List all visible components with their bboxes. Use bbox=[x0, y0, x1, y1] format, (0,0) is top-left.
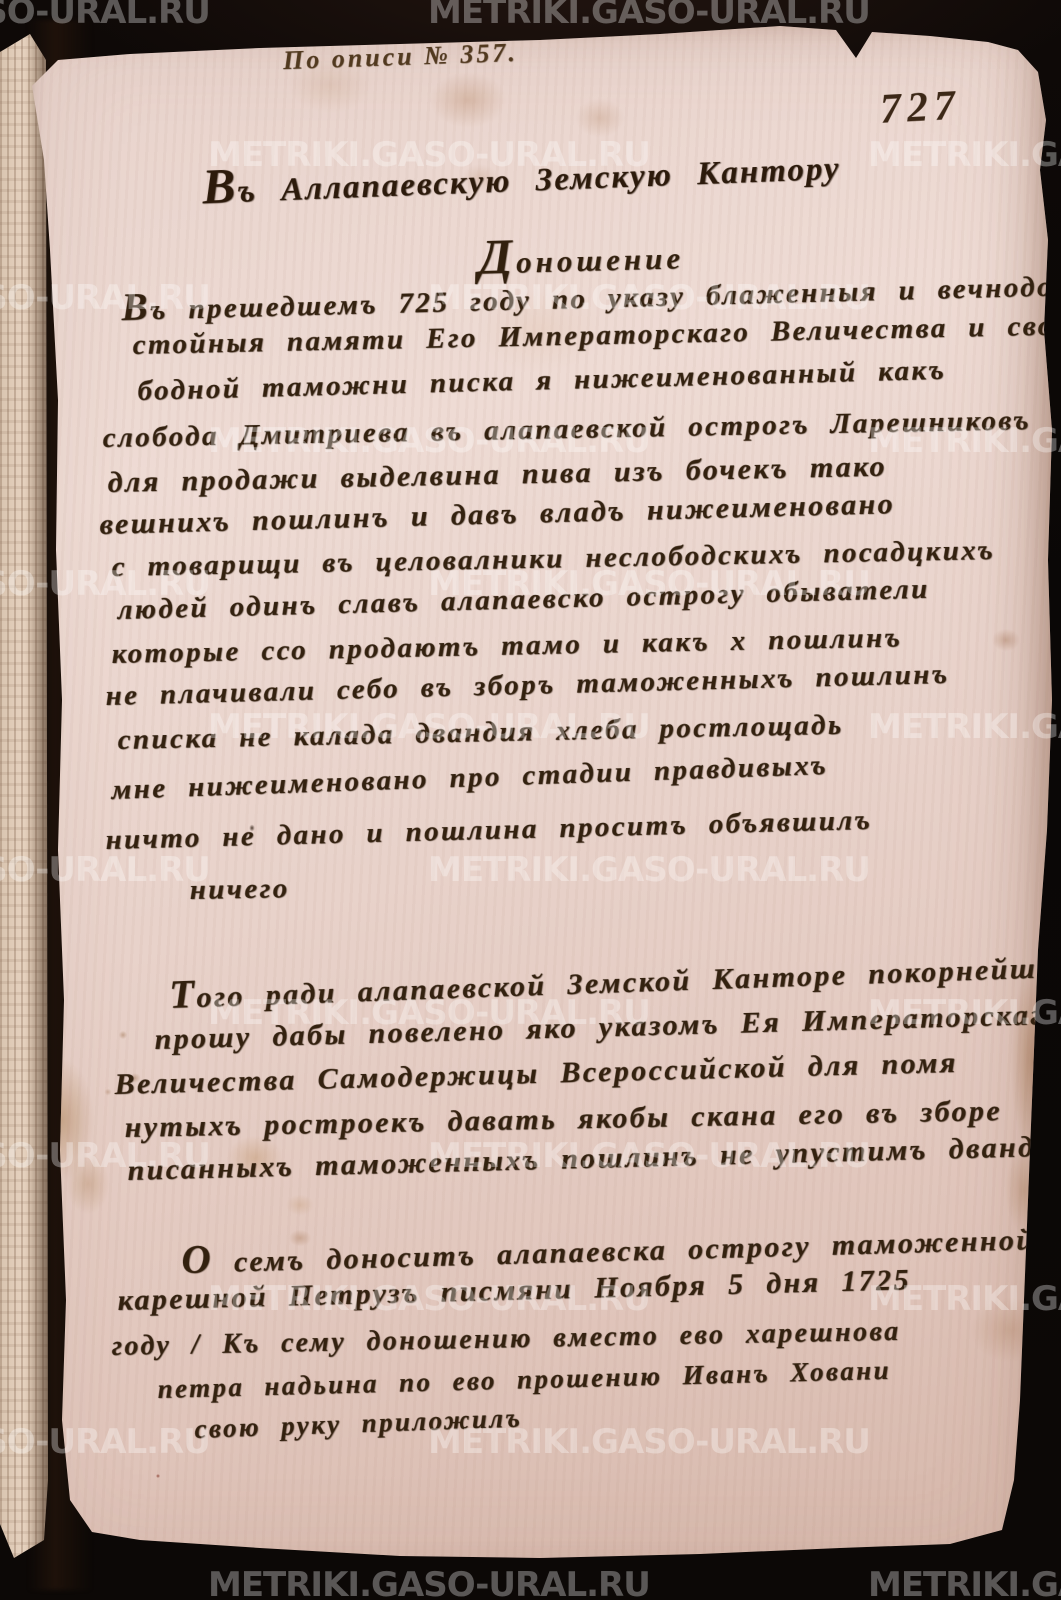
handwriting-line: слобода Дмитриева въ алапаевской острогъ… bbox=[102, 406, 1031, 453]
handwriting-line: году / Къ сему доношению вместо ево харе… bbox=[111, 1318, 900, 1361]
handwriting-line: петра надьина по ево прошению Иванъ Хова… bbox=[157, 1357, 891, 1403]
handwriting-line: не плачивали себо въ зборъ таможенныхъ п… bbox=[105, 660, 950, 711]
handwriting-line: бодной таможни писка я нижеименованный к… bbox=[137, 356, 946, 406]
handwriting-line: свою руку приложилъ bbox=[194, 1405, 523, 1443]
watermark-text: METRIKI.GASO-URAL.RU bbox=[208, 1565, 650, 1600]
handwriting-line: Величества Самодержицы Всероссийской для… bbox=[114, 1048, 958, 1100]
watermark-text: METRIKI.GASO-URAL.RU bbox=[428, 0, 870, 32]
handwriting-line: вешнихъ пошлинъ и давъ владъ нижеименова… bbox=[99, 489, 895, 540]
handwriting-line: списка не калада двандия хлеба ростлощад… bbox=[117, 711, 843, 755]
document-title: Въ Аллапаевскую Земскую Кантору bbox=[201, 134, 841, 215]
handwriting-line: ничто не дано и пошлина проситъ объявшил… bbox=[105, 806, 872, 855]
manuscript-page: По описи № 357. 727 Въ Аллапаевскую Земс… bbox=[0, 0, 1061, 1600]
handwriting-line: ничего bbox=[189, 874, 289, 905]
page-number: 727 bbox=[879, 82, 962, 134]
watermark-text: METRIKI.GASO-URAL.RU bbox=[868, 1565, 1061, 1600]
handwriting-line: людей одинъ славъ алапаевско острогу обы… bbox=[117, 575, 930, 625]
archive-inventory-note: По описи № 357. bbox=[283, 38, 519, 76]
manuscript-scan: По описи № 357. 727 Въ Аллапаевскую Земс… bbox=[0, 0, 1061, 1600]
handwriting-line: мне нижеименовано про стадии правдивыхъ bbox=[111, 751, 829, 805]
